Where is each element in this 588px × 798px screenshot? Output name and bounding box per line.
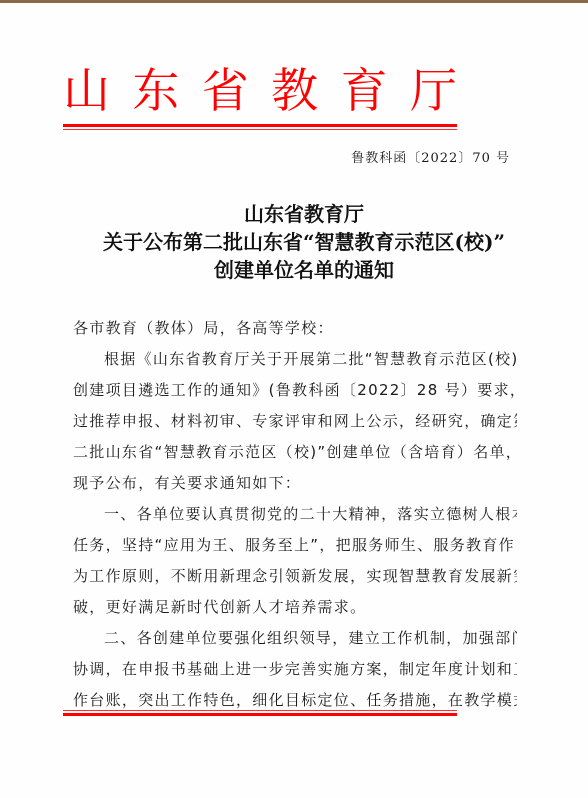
title-line-2: 关于公布第二批山东省“智慧教育示范区(校)” [20,228,588,256]
masthead-char: 教 [271,64,318,120]
masthead-char: 育 [341,64,388,120]
title-line-3: 创建单位名单的通知 [20,256,588,284]
body-line: 为工作原则，不断用新理念引领新发展，实现智慧教育发展新突 [73,561,517,592]
body-line: 过推荐申报、材料初审、专家评审和网上公示，经研究，确定第 [73,406,517,437]
masthead-title: 山 东 省 教 育 厅 [63,64,457,120]
header-red-rule-thick [63,124,457,127]
document-title: 山东省教育厅 关于公布第二批山东省“智慧教育示范区(校)” 创建单位名单的通知 [0,200,588,284]
body-line: 协调，在申报书基础上进一步完善实施方案，制定年度计划和工 [73,654,517,685]
body-line: 破，更好满足新时代创新人才培养需求。 [73,592,517,623]
masthead-char: 东 [132,64,179,120]
body-line: 一、各单位要认真贯彻党的二十大精神，落实立德树人根本 [73,499,517,530]
body-line: 二、各创建单位要强化组织领导，建立工作机制，加强部门 [73,623,517,654]
masthead-char: 厅 [410,64,457,120]
title-line-1: 山东省教育厅 [20,200,588,228]
document-number: 鲁教科函〔2022〕70 号 [351,147,510,166]
body-line: 创建项目遴选工作的通知》(鲁教科函〔2022〕28 号）要求，通 [73,375,517,406]
masthead-char: 省 [202,64,249,120]
header-red-rule-thin [63,129,457,130]
body-line: 根据《山东省教育厅关于开展第二批“智慧教育示范区(校)” [73,344,517,375]
top-border-strip [0,0,588,3]
footer-red-rule-thick [63,713,457,716]
salutation: 各市教育（教体）局，各高等学校： [73,313,517,344]
masthead-char: 山 [63,64,110,120]
body-line: 二批山东省“智慧教育示范区（校)”创建单位（含培育）名单， [73,437,517,468]
document-body: 各市教育（教体）局，各高等学校： 根据《山东省教育厅关于开展第二批“智慧教育示范… [73,313,517,716]
body-line: 现予公布，有关要求通知如下： [73,468,517,499]
body-line: 作台账，突出工作特色，细化目标定位、任务措施，在教学模式 [73,685,517,716]
body-line: 任务，坚持“应用为王、服务至上”，把服务师生、服务教育作 [73,530,517,561]
footer-red-rule-thin [63,710,457,711]
